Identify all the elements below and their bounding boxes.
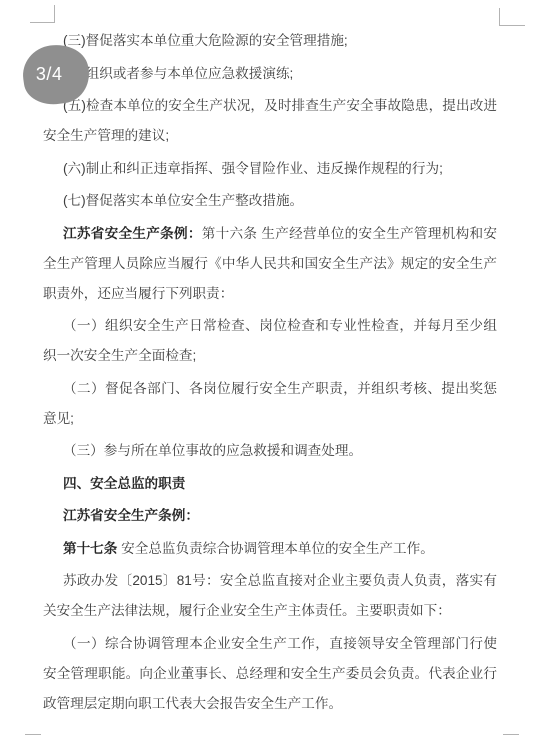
paragraph: (四)组织或者参与本单位应急救援演练;: [43, 59, 497, 89]
page-corner-mark-top-left: [30, 5, 55, 23]
document-page[interactable]: 3/4 (三)督促落实本单位重大危险源的安全管理措施;(四)组织或者参与本单位应…: [0, 0, 540, 738]
paragraph-text: (五)检查本单位的安全生产状况，及时排查生产安全事故隐患，提出改进安全生产管理的…: [43, 98, 497, 143]
paragraph: (六)制止和纠正违章指挥、强令冒险作业、违反操作规程的行为;: [43, 154, 497, 184]
page-corner-mark-bottom-right: [503, 734, 519, 738]
document-body: (三)督促落实本单位重大危险源的安全管理措施;(四)组织或者参与本单位应急救援演…: [43, 26, 497, 721]
paragraph: （一）组织安全生产日常检查、岗位检查和专业性检查，并每月至少组织一次安全生产全面…: [43, 311, 497, 371]
paragraph-text: 四、安全总监的职责: [63, 476, 185, 491]
bold-lead: 第十七条: [63, 541, 117, 556]
paragraph-text: 江苏省安全生产条例：: [63, 508, 199, 523]
paragraph-text: (七)督促落实本单位安全生产整改措施。: [63, 193, 303, 208]
page-corner-mark-bottom-left: [25, 734, 41, 738]
paragraph: 苏政办发〔2015〕81号：安全总监直接对企业主要负责人负责，落实有关安全生产法…: [43, 566, 497, 626]
page-corner-mark-top-right: [499, 8, 525, 26]
bold-lead: 江苏省安全生产条例：: [63, 226, 202, 241]
paragraph: （二）督促各部门、各岗位履行安全生产职责，并组织考核、提出奖惩意见;: [43, 374, 497, 434]
page-position-label: 3/4: [36, 64, 63, 85]
paragraph: （三）参与所在单位事故的应急救援和调查处理。: [43, 436, 497, 466]
paragraph: （一）综合协调管理本企业安全生产工作，直接领导安全管理部门行使安全管理职能。向企…: [43, 629, 497, 719]
paragraph-text: （三）参与所在单位事故的应急救援和调查处理。: [63, 443, 362, 458]
paragraph: 第十七条 安全总监负责综合协调管理本单位的安全生产工作。: [43, 534, 497, 564]
paragraph-text: (四)组织或者参与本单位应急救援演练;: [63, 66, 293, 81]
paragraph-text: （二）督促各部门、各岗位履行安全生产职责，并组织考核、提出奖惩意见;: [43, 381, 497, 426]
paragraph: (三)督促落实本单位重大危险源的安全管理措施;: [43, 26, 497, 56]
paragraph-text: （一）综合协调管理本企业安全生产工作，直接领导安全管理部门行使安全管理职能。向企…: [43, 636, 497, 711]
paragraph-text: (三)督促落实本单位重大危险源的安全管理措施;: [63, 33, 348, 48]
heading: 江苏省安全生产条例：: [43, 501, 497, 531]
paragraph: (五)检查本单位的安全生产状况，及时排查生产安全事故隐患，提出改进安全生产管理的…: [43, 91, 497, 151]
paragraph-text: 安全总监负责综合协调管理本单位的安全生产工作。: [117, 541, 433, 556]
heading: 四、安全总监的职责: [43, 469, 497, 499]
paragraph: (七)督促落实本单位安全生产整改措施。: [43, 186, 497, 216]
paragraph-text: 苏政办发〔2015〕81号：安全总监直接对企业主要负责人负责，落实有关安全生产法…: [43, 573, 497, 618]
paragraph-text: (六)制止和纠正违章指挥、强令冒险作业、违反操作规程的行为;: [63, 161, 443, 176]
paragraph: 江苏省安全生产条例：第十六条 生产经营单位的安全生产管理机构和安全生产管理人员除…: [43, 219, 497, 309]
paragraph-text: （一）组织安全生产日常检查、岗位检查和专业性检查，并每月至少组织一次安全生产全面…: [43, 318, 497, 363]
